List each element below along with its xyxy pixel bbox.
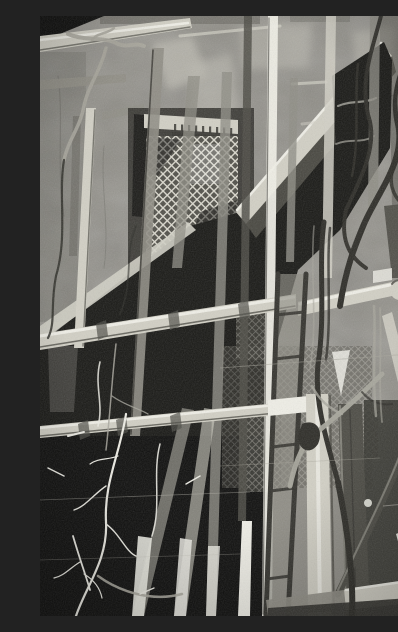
photograph [40,16,398,616]
film-layer [40,16,398,616]
photo-canvas [40,16,398,616]
vignette [40,16,398,616]
